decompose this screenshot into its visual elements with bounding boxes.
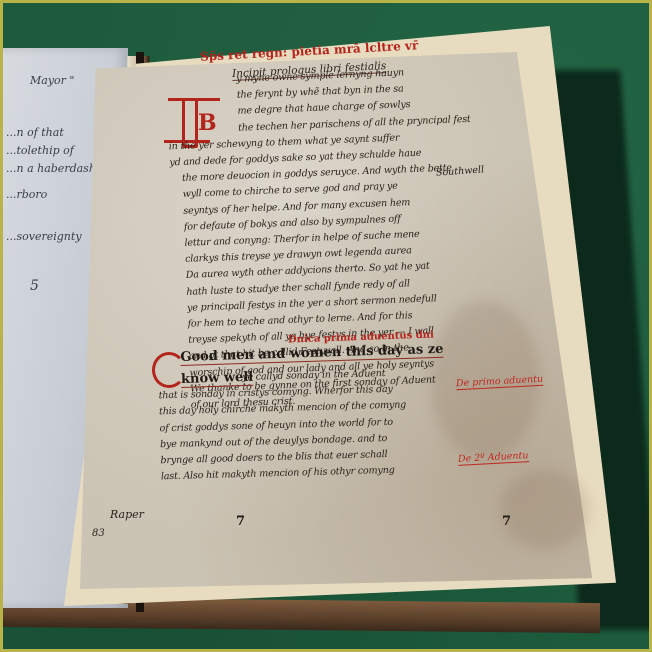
folio-number: 7 bbox=[236, 514, 245, 529]
left-page-line: ...n of that bbox=[6, 126, 64, 139]
left-page-line: ...tolethip of bbox=[6, 144, 74, 157]
left-page-line: 5 bbox=[30, 278, 39, 294]
left-page-line: ...rboro bbox=[6, 188, 47, 201]
sermon-text: ye callyd sonday in the Aduent that is s… bbox=[170, 364, 473, 486]
signature-number: 83 bbox=[92, 528, 105, 539]
left-page-line: ...n a haberdashe bbox=[6, 162, 102, 175]
folio-number: 7 bbox=[502, 514, 511, 529]
left-page-line: Mayor " bbox=[30, 74, 74, 87]
left-page-line: ...sovereignty bbox=[6, 230, 82, 243]
owner-signature: Raper bbox=[110, 508, 144, 521]
page-stain bbox=[500, 470, 590, 550]
